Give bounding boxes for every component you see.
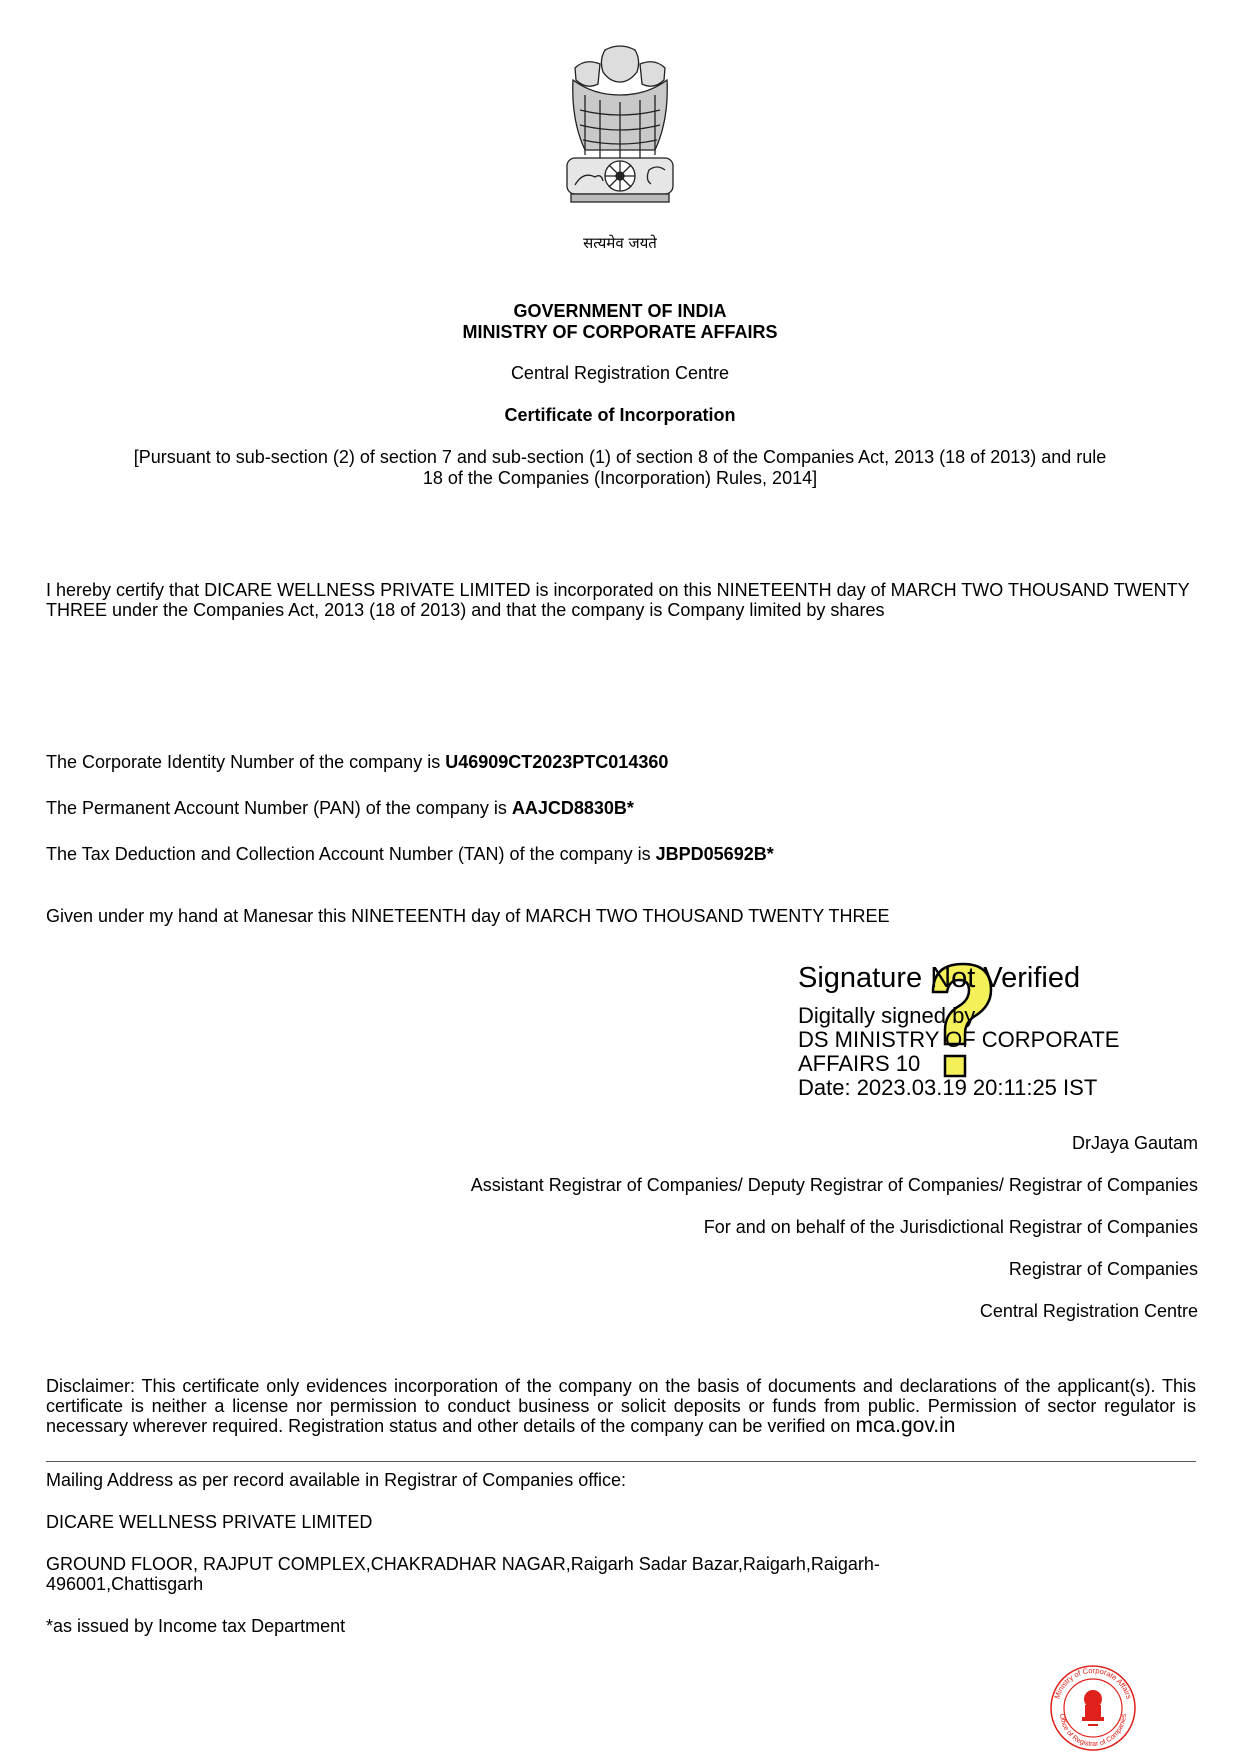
cin-row: The Corporate Identity Number of the com…	[46, 752, 1196, 772]
header-government: GOVERNMENT OF INDIA	[0, 301, 1240, 322]
signatory-office: Central Registration Centre	[980, 1301, 1198, 1322]
pan-row: The Permanent Account Number (PAN) of th…	[46, 798, 1196, 818]
state-emblem: सत्यमेव जयते	[555, 40, 685, 255]
given-under-hand: Given under my hand at Manesar this NINE…	[46, 906, 1196, 926]
signatory-designation: Assistant Registrar of Companies/ Deputy…	[471, 1175, 1198, 1196]
mailing-label: Mailing Address as per record available …	[46, 1470, 1196, 1490]
footnote: *as issued by Income tax Department	[46, 1616, 1196, 1636]
disclaimer-text: Disclaimer: This certificate only eviden…	[46, 1376, 1196, 1436]
signature-signed-by: Digitally signed by	[798, 1004, 1218, 1028]
pursuant-line-2: 18 of the Companies (Incorporation) Rule…	[0, 468, 1240, 489]
tan-row: The Tax Deduction and Collection Account…	[46, 844, 1196, 864]
mailing-company: DICARE WELLNESS PRIVATE LIMITED	[46, 1512, 1196, 1532]
divider	[46, 1461, 1196, 1462]
mca-seal: Ministry of Corporate Affairs Office of …	[1048, 1663, 1138, 1753]
header-office: Central Registration Centre	[0, 363, 1240, 384]
signature-signer-line-1: DS MINISTRY OF CORPORATE	[798, 1028, 1218, 1052]
signature-signer-line-2: AFFAIRS 10	[798, 1052, 1218, 1076]
cin-label: The Corporate Identity Number of the com…	[46, 752, 445, 772]
certificate-title: Certificate of Incorporation	[0, 405, 1240, 426]
mailing-address-line-1: GROUND FLOOR, RAJPUT COMPLEX,CHAKRADHAR …	[46, 1554, 1196, 1574]
tan-value: JBPD05692B*	[656, 844, 774, 864]
header-ministry: MINISTRY OF CORPORATE AFFAIRS	[0, 322, 1240, 343]
mailing-address-line-2: 496001,Chattisgarh	[46, 1574, 1196, 1594]
emblem-motto: सत्यमेव जयते	[555, 233, 685, 253]
mca-link[interactable]: mca.gov.in	[855, 1414, 955, 1437]
signatory-behalf: For and on behalf of the Jurisdictional …	[704, 1217, 1198, 1238]
tan-label: The Tax Deduction and Collection Account…	[46, 844, 656, 864]
pursuant-line-1: [Pursuant to sub-section (2) of section …	[0, 447, 1240, 468]
signatory-name: DrJaya Gautam	[1072, 1133, 1198, 1154]
ministry-of-corporate-affairs-seal-icon: Ministry of Corporate Affairs Office of …	[1048, 1663, 1138, 1753]
signatory-role: Registrar of Companies	[1009, 1259, 1198, 1280]
pan-value: AAJCD8830B*	[512, 798, 634, 818]
signature-status: Signature Not Verified	[798, 962, 1218, 994]
certify-paragraph: I hereby certify that DICARE WELLNESS PR…	[46, 580, 1196, 620]
signature-date: Date: 2023.03.19 20:11:25 IST	[798, 1076, 1218, 1100]
state-emblem-of-india-icon	[555, 40, 685, 230]
disclaimer: Disclaimer: This certificate only eviden…	[46, 1376, 1196, 1436]
cin-value: U46909CT2023PTC014360	[445, 752, 668, 772]
pan-label: The Permanent Account Number (PAN) of th…	[46, 798, 512, 818]
